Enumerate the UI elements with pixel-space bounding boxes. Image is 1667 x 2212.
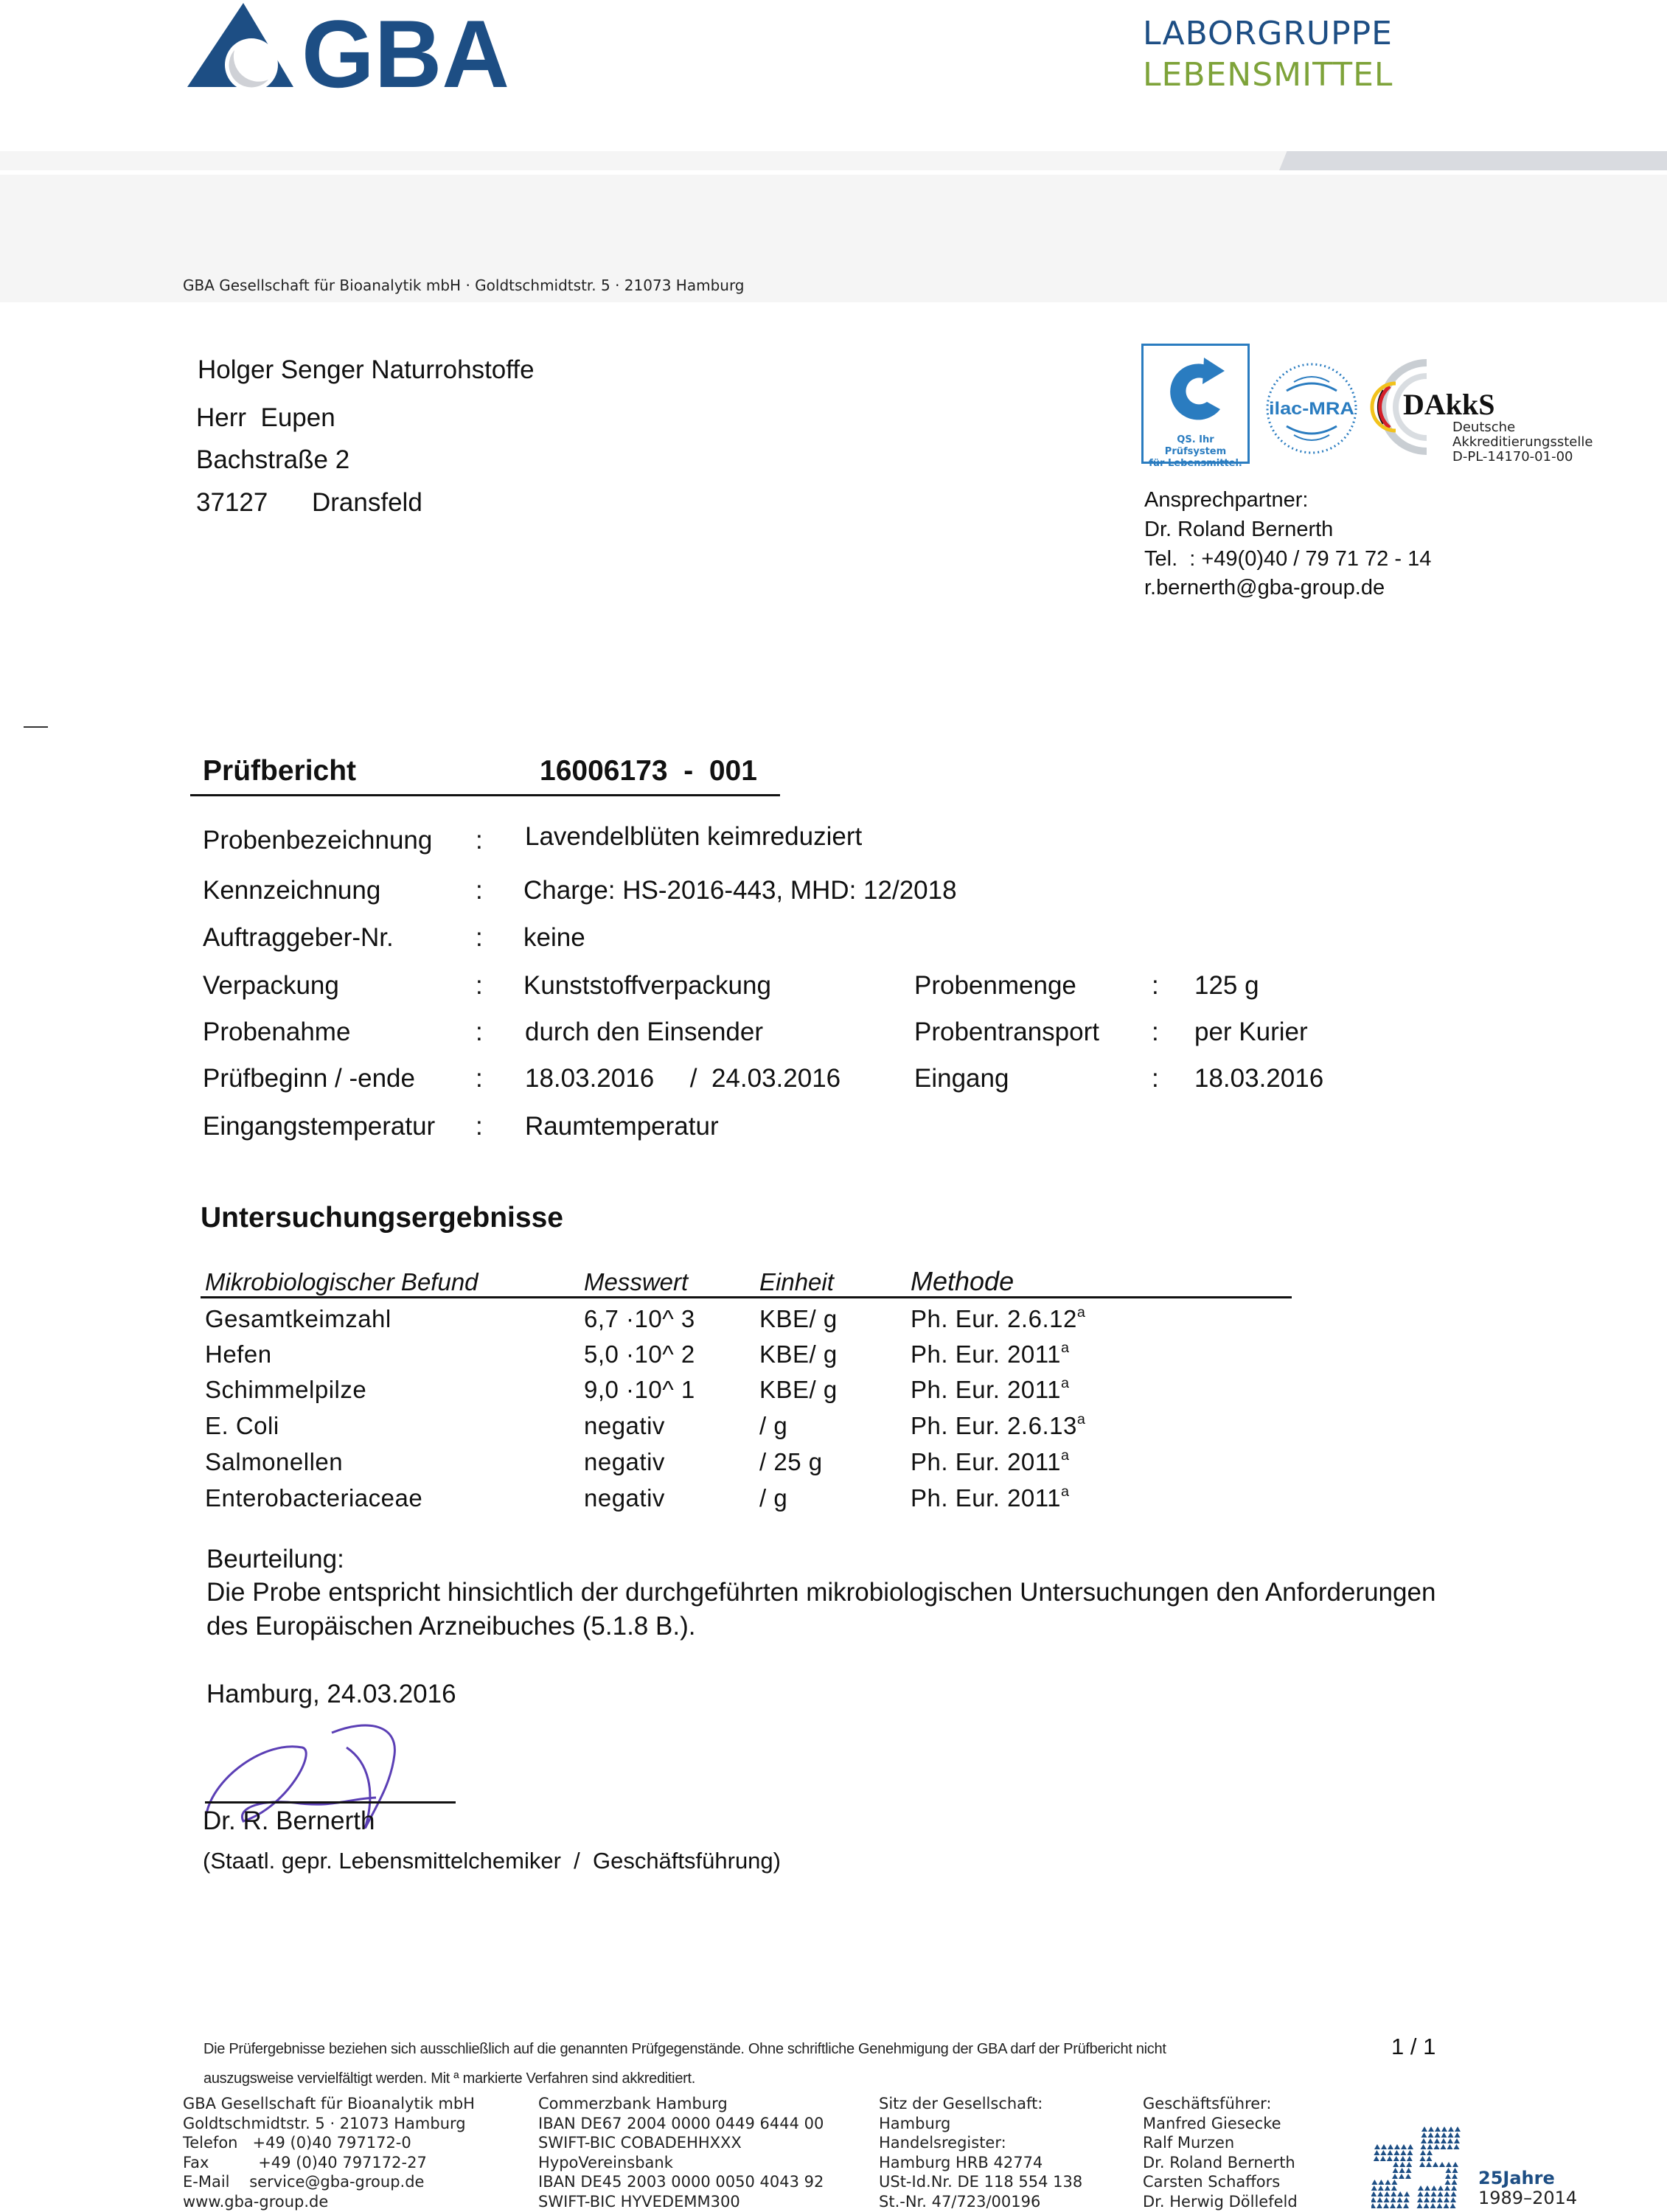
sample-colon: : bbox=[1152, 1064, 1159, 1093]
place-date: Hamburg, 24.03.2016 bbox=[206, 1680, 456, 1709]
recipient-street: Bachstraße 2 bbox=[196, 445, 349, 475]
sample-colon: : bbox=[476, 826, 483, 855]
fold-mark bbox=[24, 726, 48, 728]
ilac-mra-logo: ilac-MRA bbox=[1264, 361, 1359, 456]
recipient-company: Holger Senger Naturrohstoffe bbox=[198, 355, 535, 385]
anniversary-25-icon bbox=[1371, 2124, 1471, 2208]
sample-value: 18.03.2016 / 24.03.2016 bbox=[525, 1064, 841, 1093]
result-einheit: / g bbox=[759, 1412, 787, 1440]
footer-managing-directors: Geschäftsführer: Manfred Giesecke Ralf M… bbox=[1143, 2094, 1298, 2211]
result-messwert: negativ bbox=[584, 1484, 665, 1512]
result-befund: Enterobacteriaceae bbox=[205, 1484, 422, 1512]
assessment-text-line-2: des Europäischen Arzneibuches (5.1.8 B.)… bbox=[206, 1612, 695, 1641]
result-messwert: negativ bbox=[584, 1448, 665, 1476]
dakks-line-1: Deutsche bbox=[1452, 420, 1593, 435]
sample-label: Auftraggeber-Nr. bbox=[203, 923, 394, 953]
svg-text:DAkkS: DAkkS bbox=[1403, 388, 1495, 421]
accredited-marker: a bbox=[1061, 1447, 1070, 1464]
signer-role: (Staatl. gepr. Lebensmittelchemiker / Ge… bbox=[203, 1848, 781, 1874]
sample-value: Charge: HS-2016-443, MHD: 12/2018 bbox=[523, 876, 957, 905]
method-name: Ph. Eur. 2011 bbox=[911, 1448, 1061, 1475]
sample-colon: : bbox=[476, 876, 483, 905]
sample-value: Lavendelblüten keimreduziert bbox=[525, 822, 862, 852]
table-header-rule bbox=[201, 1296, 1292, 1298]
result-methode: Ph. Eur. 2.6.12a bbox=[911, 1305, 1085, 1333]
footer-company-info: GBA Gesellschaft für Bioanalytik mbH Gol… bbox=[183, 2094, 475, 2211]
method-name: Ph. Eur. 2011 bbox=[911, 1340, 1061, 1368]
contact-name: Dr. Roland Bernerth bbox=[1144, 518, 1333, 542]
disclaimer-line-2: auszugsweise vervielfältigt werden. Mit … bbox=[203, 2070, 695, 2087]
dakks-line-2: Akkreditierungsstelle bbox=[1452, 435, 1593, 450]
svg-text:GBA: GBA bbox=[302, 0, 509, 92]
sample-colon: : bbox=[1152, 1018, 1159, 1047]
header-band-accent bbox=[1279, 151, 1667, 170]
result-befund: E. Coli bbox=[205, 1412, 279, 1440]
anniversary-logo bbox=[1371, 2124, 1471, 2212]
result-befund: Gesamtkeimzahl bbox=[205, 1305, 391, 1333]
result-messwert: 5,0 ·10^ 2 bbox=[584, 1340, 695, 1368]
method-name: Ph. Eur. 2.6.12 bbox=[911, 1305, 1077, 1332]
sample-colon: : bbox=[476, 971, 483, 1001]
labor-line-1: LABORGRUPPE bbox=[1143, 13, 1393, 55]
column-header-einheit: Einheit bbox=[759, 1268, 834, 1296]
sample-label: Eingang bbox=[914, 1064, 1009, 1093]
result-messwert: 9,0 ·10^ 1 bbox=[584, 1376, 695, 1404]
contact-phone[interactable]: Tel. : +49(0)40 / 79 71 72 - 14 bbox=[1144, 547, 1431, 571]
method-name: Ph. Eur. 2011 bbox=[911, 1376, 1061, 1403]
report-title: Prüfbericht bbox=[203, 755, 356, 787]
sample-value: 125 g bbox=[1194, 971, 1259, 1001]
result-befund: Hefen bbox=[205, 1340, 272, 1368]
ilac-seal-icon: ilac-MRA bbox=[1264, 361, 1359, 456]
result-befund: Salmonellen bbox=[205, 1448, 343, 1476]
result-methode: Ph. Eur. 2011a bbox=[911, 1340, 1070, 1368]
result-messwert: 6,7 ·10^ 3 bbox=[584, 1305, 695, 1333]
result-einheit: KBE/ g bbox=[759, 1305, 838, 1333]
footer-registration-info: Sitz der Gesellschaft: Hamburg Handelsre… bbox=[879, 2094, 1082, 2211]
result-methode: Ph. Eur. 2011a bbox=[911, 1484, 1070, 1512]
column-header-methode: Methode bbox=[911, 1266, 1014, 1297]
dakks-accreditation: Deutsche Akkreditierungsstelle D-PL-1417… bbox=[1452, 420, 1593, 465]
signature-line bbox=[205, 1801, 456, 1804]
sample-value: Kunststoffverpackung bbox=[523, 971, 771, 1001]
result-methode: Ph. Eur. 2011a bbox=[911, 1448, 1070, 1476]
result-messwert: negativ bbox=[584, 1412, 665, 1440]
result-methode: Ph. Eur. 2.6.13a bbox=[911, 1412, 1085, 1440]
sample-label: Probenahme bbox=[203, 1018, 350, 1047]
qs-text-1: QS. Ihr Prüfsystem bbox=[1146, 434, 1245, 458]
sample-label: Prüfbeginn / -ende bbox=[203, 1064, 415, 1093]
accredited-marker: a bbox=[1077, 1411, 1086, 1427]
sample-colon: : bbox=[476, 1018, 483, 1047]
svg-text:ilac-MRA: ilac-MRA bbox=[1269, 399, 1354, 419]
report-title-rule bbox=[190, 794, 780, 796]
anniversary-years: 1989–2014 bbox=[1478, 2188, 1577, 2208]
sample-label: Probentransport bbox=[914, 1018, 1099, 1047]
contact-label: Ansprechpartner: bbox=[1144, 488, 1308, 512]
sample-label: Probenbezeichnung bbox=[203, 826, 432, 855]
sample-colon: : bbox=[476, 1064, 483, 1093]
gba-triangle-icon: GBA bbox=[181, 0, 521, 92]
report-number: 16006173 - 001 bbox=[540, 755, 757, 787]
gba-logo: GBA bbox=[181, 0, 521, 92]
sample-label: Kennzeichnung bbox=[203, 876, 380, 905]
sample-value: keine bbox=[523, 923, 585, 953]
assessment-text-line-1: Die Probe entspricht hinsichtlich der du… bbox=[206, 1578, 1435, 1607]
column-header-befund: Mikrobiologischer Befund bbox=[205, 1268, 478, 1296]
method-name: Ph. Eur. 2011 bbox=[911, 1484, 1061, 1512]
result-einheit: / g bbox=[759, 1484, 787, 1512]
results-title: Untersuchungsergebnisse bbox=[201, 1202, 563, 1234]
page-number: 1 / 1 bbox=[1391, 2034, 1435, 2060]
sample-colon: : bbox=[476, 923, 483, 953]
result-einheit: / 25 g bbox=[759, 1448, 823, 1476]
sender-address-line: GBA Gesellschaft für Bioanalytik mbH · G… bbox=[183, 276, 745, 294]
disclaimer-line-1: Die Prüfergebnisse beziehen sich ausschl… bbox=[203, 2041, 1166, 2058]
sample-colon: : bbox=[476, 1112, 483, 1141]
recipient-city: Dransfeld bbox=[312, 488, 422, 518]
recipient-contact: Herr Eupen bbox=[196, 403, 335, 433]
accredited-marker: a bbox=[1061, 1375, 1070, 1391]
labor-line-2: LEBENSMITTEL bbox=[1143, 55, 1393, 96]
accredited-marker: a bbox=[1061, 1484, 1070, 1500]
result-einheit: KBE/ g bbox=[759, 1340, 838, 1368]
qs-text-2: für Lebensmittel. bbox=[1146, 458, 1245, 470]
result-methode: Ph. Eur. 2011a bbox=[911, 1376, 1070, 1404]
sample-label: Eingangstemperatur bbox=[203, 1112, 435, 1141]
sample-value: 18.03.2016 bbox=[1194, 1064, 1323, 1093]
sample-value: per Kurier bbox=[1194, 1018, 1308, 1047]
sample-colon: : bbox=[1152, 971, 1159, 1001]
contact-email[interactable]: r.bernerth@gba-group.de bbox=[1144, 576, 1385, 600]
labor-brand: LABORGRUPPE LEBENSMITTEL bbox=[1143, 13, 1393, 96]
method-name: Ph. Eur. 2.6.13 bbox=[911, 1412, 1077, 1439]
result-befund: Schimmelpilze bbox=[205, 1376, 366, 1404]
accredited-marker: a bbox=[1061, 1340, 1070, 1356]
anniversary-title: 25Jahre bbox=[1478, 2168, 1555, 2188]
recipient-postcode: 37127 bbox=[196, 488, 268, 518]
sample-label: Probenmenge bbox=[914, 971, 1076, 1001]
column-header-messwert: Messwert bbox=[584, 1268, 688, 1296]
sample-value: Raumtemperatur bbox=[525, 1112, 719, 1141]
sample-label: Verpackung bbox=[203, 971, 339, 1001]
footer-bank-info: Commerzbank Hamburg IBAN DE67 2004 0000 … bbox=[538, 2094, 824, 2211]
assessment-label: Beurteilung: bbox=[206, 1545, 344, 1574]
signer-name: Dr. R. Bernerth bbox=[203, 1806, 375, 1836]
qs-cycle-icon bbox=[1154, 352, 1239, 433]
qs-certification-logo: QS. Ihr Prüfsystem für Lebensmittel. bbox=[1141, 344, 1250, 464]
result-einheit: KBE/ g bbox=[759, 1376, 838, 1404]
accredited-marker: a bbox=[1077, 1304, 1086, 1321]
sample-value: durch den Einsender bbox=[525, 1018, 763, 1047]
dakks-accreditation-number: D-PL-14170-01-00 bbox=[1452, 450, 1593, 465]
